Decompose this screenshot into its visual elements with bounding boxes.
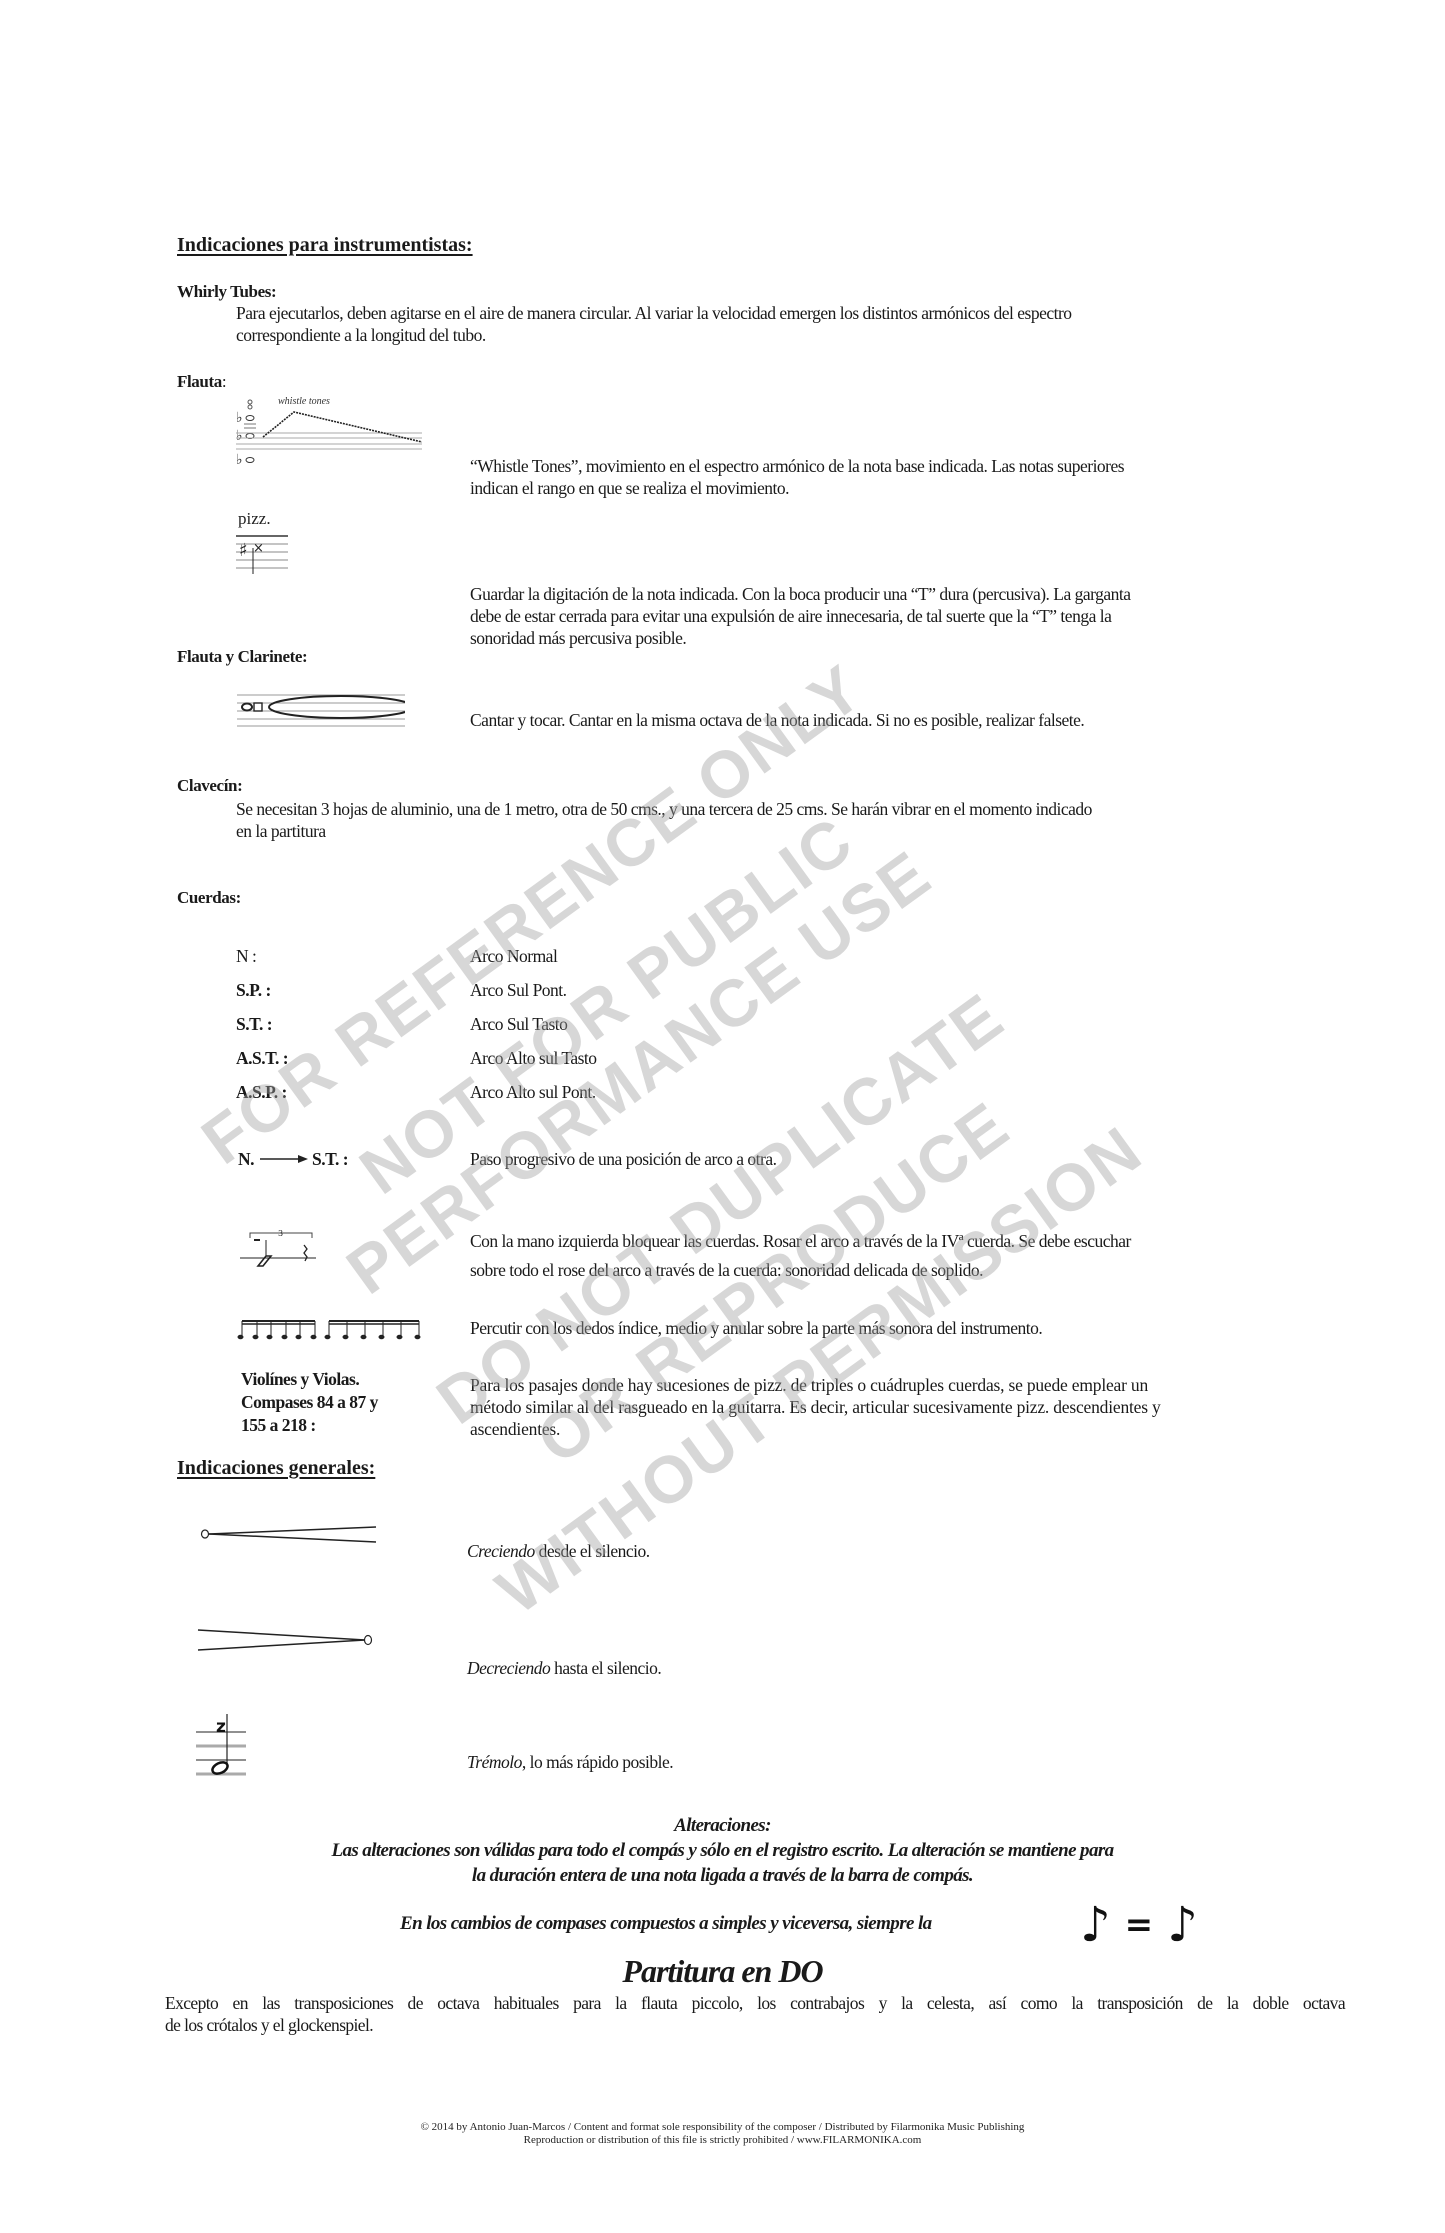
svg-text:♯: ♯	[239, 540, 248, 561]
flauta-label-colon: :	[222, 372, 226, 391]
compound-meter-text: En los cambios de compases compuestos a …	[400, 1911, 932, 1937]
bow-transition-label: N. S.T. :	[238, 1148, 348, 1170]
decrescendo-to-silence-icon	[180, 1610, 400, 1670]
crescendo-from-silence-icon	[180, 1502, 400, 1562]
cuerdas-desc-asp: Arco Alto sul Pont.	[470, 1081, 596, 1103]
svg-text:♭: ♭	[236, 428, 243, 444]
flute-pizz-text-2: debe de estar cerrada para evitar una ex…	[470, 605, 1111, 627]
footer-prohibited: Reproduction or distribution of this fil…	[0, 2134, 1445, 2147]
decrescendo-rest: hasta el silencio.	[550, 1658, 661, 1678]
page-heading-general: Indicaciones generales:	[177, 1457, 375, 1480]
cuerdas-abbr-n: N :	[236, 945, 256, 967]
clavecin-text-2: en la partitura	[236, 820, 326, 842]
cuerdas-abbr-st: S.T. :	[236, 1013, 272, 1035]
svg-text:♭: ♭	[236, 452, 243, 468]
alteraciones-line-1: Las alteraciones son válidas para todo e…	[0, 1838, 1445, 1864]
general-item-decrescendo: Decreciendo hasta el silencio.	[467, 1657, 661, 1679]
flute-pizz-text-1: Guardar la digitación de la nota indicad…	[470, 583, 1131, 605]
whistle-tones-text-1: “Whistle Tones”, movimiento en el espect…	[470, 455, 1124, 477]
eighth-equals-eighth: ♪ = ♪	[1080, 1895, 1240, 1955]
bow-transition-text: Paso progresivo de una posición de arco …	[470, 1148, 776, 1170]
clavecin-text-1: Se necesitan 3 hojas de aluminio, una de…	[236, 798, 1092, 820]
cuerdas-abbr-sp: S.P. :	[236, 979, 271, 1001]
violines-label-1: Violínes y Violas.	[241, 1368, 359, 1390]
blocked-strings-text-1: Con la mano izquierda bloquear las cuerd…	[470, 1224, 1131, 1259]
footer-copyright: © 2014 by Antonio Juan-Marcos / Content …	[0, 2121, 1445, 2134]
alteraciones-line-2: la duración entera de una nota ligada a …	[0, 1863, 1445, 1889]
page-heading-instrumentists: Indicaciones para instrumentistas:	[177, 234, 473, 257]
flauta-clarinete-text: Cantar y tocar. Cantar en la misma octav…	[470, 709, 1084, 731]
whirly-tubes-text-1: Para ejecutarlos, deben agitarse en el a…	[236, 302, 1072, 324]
partitura-text-1: Excepto en las transposiciones de octava…	[165, 1992, 1345, 2014]
cuerdas-desc-ast: Arco Alto sul Tasto	[470, 1047, 597, 1069]
cuerdas-desc-st: Arco Sul Tasto	[470, 1013, 567, 1035]
tremolo-notation: z	[196, 1712, 246, 1782]
violines-text-1: Para los pasajes donde hay sucesiones de…	[470, 1374, 1148, 1396]
blocked-strings-text-2: sobre todo el rose del arco a través de …	[470, 1259, 983, 1281]
equals-symbol: =	[1125, 1905, 1154, 1945]
partitura-title: Partitura en DO	[0, 1953, 1445, 1990]
cuerdas-abbr-ast: A.S.T. :	[236, 1047, 288, 1069]
tremolo-term: Trémolo	[467, 1752, 522, 1772]
cuerdas-abbr-asp: A.S.P. :	[236, 1081, 287, 1103]
eighth-note-icon: ♪	[1080, 1901, 1111, 1949]
clavecin-label: Clavecín:	[177, 775, 242, 797]
arrow-right-icon	[258, 1154, 308, 1164]
alteraciones-title: Alteraciones:	[0, 1813, 1445, 1839]
violines-text-3: ascendientes.	[470, 1418, 560, 1440]
flauta-label-text: Flauta	[177, 372, 222, 391]
percussive-text: Percutir con los dedos índice, medio y a…	[470, 1317, 1042, 1339]
whistle-tones-text-2: indican el rango en que se realiza el mo…	[470, 477, 789, 499]
violines-label-2: Compases 84 a 87 y	[241, 1391, 378, 1413]
eighth-note-icon: ♪	[1167, 1901, 1198, 1949]
flute-pizz-text-3: sonoridad más percusiva posible.	[470, 627, 686, 649]
general-item-crescendo: Creciendo desde el silencio.	[467, 1540, 650, 1562]
whistle-tones-notation: whistle tones ♭ ♭ ♭	[236, 394, 422, 474]
flute-pizz-notation: pizz. ♯ ×	[236, 508, 292, 574]
cuerdas-desc-n: Arco Normal	[470, 945, 557, 967]
sing-and-play-notation	[237, 692, 405, 728]
violines-label-3: 155 a 218 :	[241, 1414, 316, 1436]
flauta-clarinete-label: Flauta y Clarinete:	[177, 646, 307, 668]
cuerdas-desc-sp: Arco Sul Pont.	[470, 979, 567, 1001]
general-item-tremolo: Trémolo, lo más rápido posible.	[467, 1751, 673, 1773]
flauta-label: Flauta:	[177, 371, 226, 393]
whirly-tubes-label: Whirly Tubes:	[177, 281, 276, 303]
bow-transition-to: S.T. :	[312, 1148, 348, 1170]
cuerdas-label: Cuerdas:	[177, 887, 241, 909]
svg-text:z: z	[216, 1717, 226, 1737]
bow-transition-from: N.	[238, 1148, 254, 1170]
tuplet-number: 3	[278, 1229, 283, 1238]
svg-text:×: ×	[253, 541, 264, 556]
crescendo-term: Creciendo	[467, 1541, 535, 1561]
pizz-caption: pizz.	[238, 509, 271, 528]
partitura-text-2: de los crótalos y el glockenspiel.	[165, 2014, 373, 2036]
decrescendo-term: Decreciendo	[467, 1658, 550, 1678]
violines-text-2: método similar al del rasgueado en la gu…	[470, 1396, 1161, 1418]
crescendo-rest: desde el silencio.	[535, 1541, 650, 1561]
watermark-line-5: OR REPRODUCE	[523, 1086, 1023, 1478]
whirly-tubes-text-2: correspondiente a la longitud del tubo.	[236, 324, 486, 346]
tremolo-rest: , lo más rápido posible.	[522, 1752, 673, 1772]
blocked-strings-notation: 3	[236, 1228, 321, 1268]
svg-text:♭: ♭	[236, 410, 243, 426]
percussive-rhythm-notation	[237, 1319, 421, 1341]
whistle-tones-caption: whistle tones	[278, 396, 330, 407]
